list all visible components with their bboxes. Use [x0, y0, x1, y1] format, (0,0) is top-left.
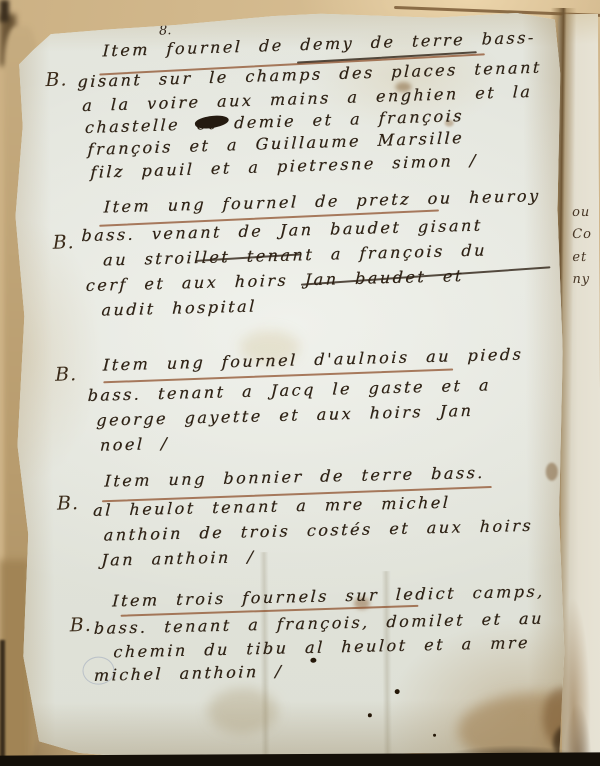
manuscript-page: B. 8. Item fournel de demy de terre bass… [11, 10, 568, 763]
text-line: et [572, 250, 587, 265]
book-edge-bottom [0, 752, 600, 766]
manuscript-photo: ou Co et ny B. 8. Item fournel de demy d… [0, 0, 600, 766]
text-line: ny [572, 272, 590, 287]
text-line: Co [572, 227, 592, 242]
shadow-bottom-left [0, 640, 5, 766]
text-line: ou [572, 205, 590, 220]
text-line: Item trois fournels sur ledict camps, [112, 582, 545, 611]
entry-5: B. Item trois fournels sur ledict camps,… [10, 3, 577, 763]
shadow-top-left-corner [0, 0, 9, 22]
margin-letter: B. [70, 614, 93, 636]
text-line: chemin du tibu al heulot et a mre [113, 633, 531, 661]
text-line: michel anthoin / [93, 662, 283, 685]
